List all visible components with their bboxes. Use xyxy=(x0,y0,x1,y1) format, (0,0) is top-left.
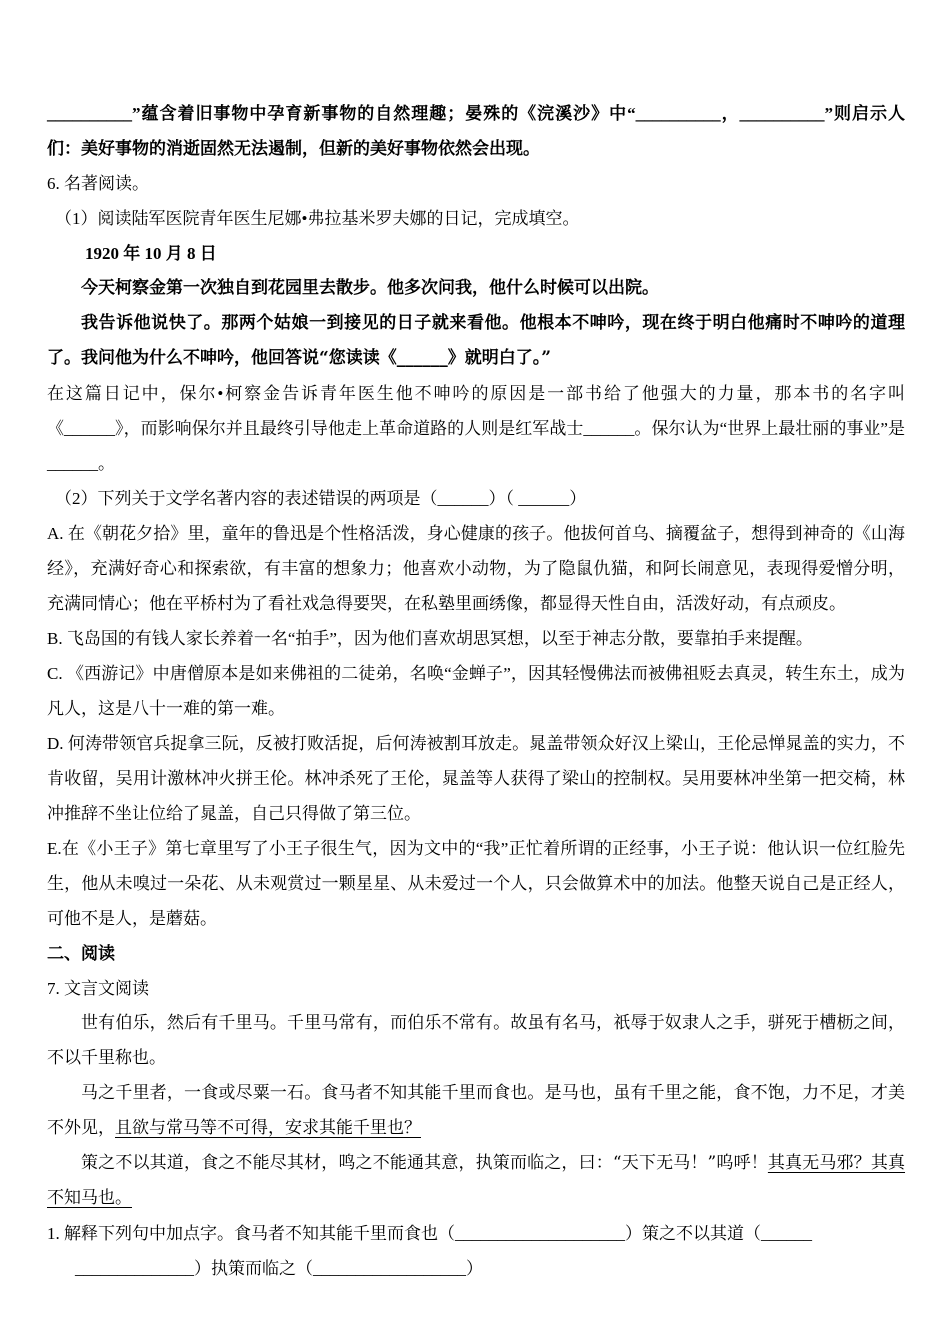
diary-date: 1920 年 10 月 8 日 xyxy=(47,236,905,271)
exam-document-page: __________”蕴含着旧事物中孕育新事物的自然理趣；晏殊的《浣溪沙》中“_… xyxy=(0,0,950,1344)
q5-tail-paragraph: __________”蕴含着旧事物中孕育新事物的自然理趣；晏殊的《浣溪沙》中“_… xyxy=(47,96,905,166)
diary-paragraph-2: 我告诉他说快了。那两个姑娘一到接见的日子就来看他。他根本不呻吟，现在终于明白他痛… xyxy=(47,306,905,376)
q7-passage-paragraph-1: 世有伯乐，然后有千里马。千里马常有，而伯乐不常有。故虽有名马，祇辱于奴隶人之手，… xyxy=(47,1006,905,1076)
q6-part2-prompt: （2）下列关于文学名著内容的表述错误的两项是（______）（ ______） xyxy=(47,481,905,516)
q6-option-a: A. 在《朝花夕拾》里，童年的鲁迅是个性格活泼，身心健康的孩子。他拔何首乌、摘覆… xyxy=(47,516,905,621)
q6-option-b: B. 飞岛国的有钱人家长养着一名“拍手”，因为他们喜欢胡思冥想，以至于神志分散，… xyxy=(47,621,905,656)
q6-label: 6. 名著阅读。 xyxy=(47,166,905,201)
q6-option-e: E.在《小王子》第七章里写了小王子很生气，因为文中的“我”正忙着所谓的正经事，小… xyxy=(47,831,905,936)
q6-part1-prompt: （1）阅读陆军医院青年医生尼娜•弗拉基米罗夫娜的日记，完成填空。 xyxy=(47,201,905,236)
diary-paragraph-1: 今天柯察金第一次独自到花园里去散步。他多次问我，他什么时候可以出院。 xyxy=(47,271,905,306)
q6-option-c: C. 《西游记》中唐僧原本是如来佛祖的二徒弟，名唤“金蝉子”，因其轻慢佛法而被佛… xyxy=(47,656,905,726)
q7-passage-paragraph-3: 策之不以其道，食之不能尽其材，鸣之不能通其意，执策而临之，曰：“天下无马！”呜呼… xyxy=(47,1146,905,1216)
q6-analysis-paragraph: 在这篇日记中，保尔•柯察金告诉青年医生他不呻吟的原因是一部书给了他强大的力量，那… xyxy=(47,376,905,481)
q7-passage-paragraph-2: 马之千里者，一食或尽粟一石。食马者不知其能千里而食也。是马也，虽有千里之能，食不… xyxy=(47,1076,905,1146)
q6-option-d: D. 何涛带领官兵捉拿三阮，反被打败活捉，后何涛被割耳放走。晁盖带领众好汉上梁山… xyxy=(47,726,905,831)
q7-passage-p3-normal-text: 策之不以其道，食之不能尽其材，鸣之不能通其意，执策而临之，曰：“天下无马！”呜呼… xyxy=(81,1153,768,1173)
q7-passage-p2-underlined-text: 且欲与常马等不可得，安求其能千里也？ xyxy=(115,1118,421,1138)
q7-item1-line2: ______________）执策而临之（__________________） xyxy=(47,1251,905,1286)
q7-label: 7. 文言文阅读 xyxy=(47,971,905,1006)
section-2-heading: 二、阅读 xyxy=(47,936,905,971)
q7-item1-line1: 1. 解释下列句中加点字。食马者不知其能千里而食也（______________… xyxy=(47,1216,905,1251)
